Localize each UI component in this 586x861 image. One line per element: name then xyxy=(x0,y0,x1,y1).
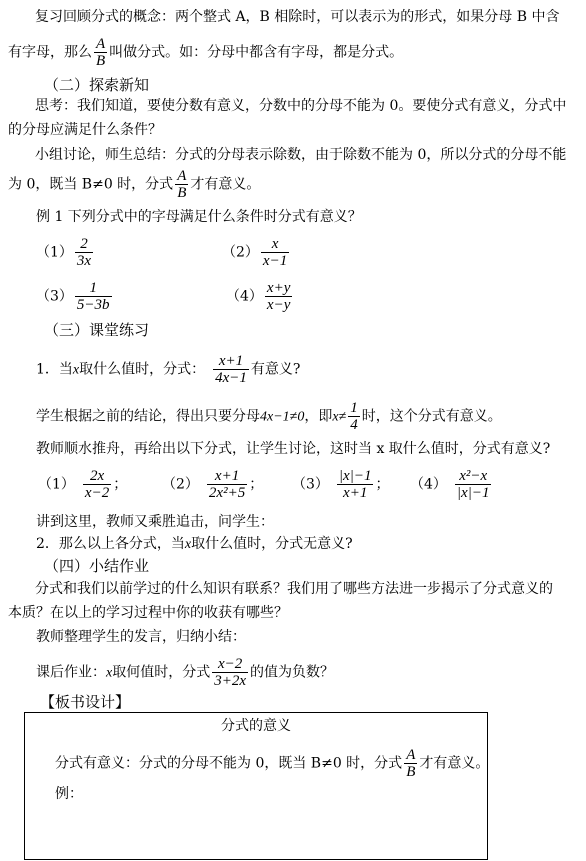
fraction: |x|−1x+1 xyxy=(337,468,374,501)
numerator: x+1 xyxy=(213,353,249,369)
label: （1） xyxy=(36,245,73,261)
denominator: |x|−1 xyxy=(455,484,492,501)
numerator: x²−x xyxy=(455,468,492,484)
fraction-a-over-b: AB xyxy=(175,168,188,201)
example-2: （2）xx−1 xyxy=(222,236,291,269)
denominator: 2x²+5 xyxy=(207,484,247,501)
practice-question-1: 1．当x取什么值时，分式：x+14x−1有意义? xyxy=(36,353,300,386)
denominator: 4 xyxy=(348,416,360,433)
text: 1．当 xyxy=(36,362,73,378)
practice-item-1: （1）2xx−2； xyxy=(38,468,127,501)
section-heading-practice: （三）课堂练习 xyxy=(44,321,149,339)
practice-question-2: 2．那么以上各分式，当x取什么值时，分式无意义? xyxy=(36,535,353,554)
text: 学生根据之前的结论，得出只要分母 xyxy=(36,409,260,425)
numerator: 1 xyxy=(75,280,112,296)
text: 才有意义。 xyxy=(419,756,489,772)
practice-item-3: （3）|x|−1x+1； xyxy=(292,468,389,501)
numerator: x xyxy=(261,236,289,252)
summary-paragraph-1: 分式和我们以前学过的什么知识有联系？我们用了哪些方法进一步揭示了分式意义的 xyxy=(35,580,553,598)
label: （3） xyxy=(292,477,329,493)
fraction: 2xx−2 xyxy=(83,468,111,501)
text: 时，这个分式有意义。 xyxy=(362,409,502,425)
fraction: 15−3b xyxy=(75,280,112,313)
denominator: B xyxy=(404,763,417,780)
fraction: x²−x|x|−1 xyxy=(455,468,492,501)
section-heading-explore: （二）探索新知 xyxy=(44,76,149,94)
numerator: x+y xyxy=(265,280,292,296)
fraction: 14 xyxy=(348,400,360,433)
fraction-a-over-b: AB xyxy=(94,36,107,69)
denominator: 5−3b xyxy=(75,296,112,313)
text: 叫做分式。如：分母中都含有字母，都是分式。 xyxy=(109,45,403,61)
expr: x≠ xyxy=(332,410,346,425)
review-line-2: 有字母，那么AB叫做分式。如：分母中都含有字母，都是分式。 xyxy=(8,36,403,69)
text: 2．那么以上各分式，当 xyxy=(36,536,185,552)
teacher-followup: 讲到这里，教师又乘胜追击，问学生： xyxy=(36,513,274,531)
label: （2） xyxy=(222,245,259,261)
example-4: （4）x+yx−y xyxy=(226,280,294,313)
text: 分式有意义：分式的分母不能为 0，既当 B≠0 时，分式 xyxy=(55,756,402,772)
label: （3） xyxy=(36,289,73,305)
teacher-prompt: 教师顺水推舟，再给出以下分式，让学生讨论，这时当 x 取什么值时，分式有意义? xyxy=(36,440,550,458)
label: （4） xyxy=(410,477,447,493)
sep: ； xyxy=(375,477,389,493)
numerator: x+1 xyxy=(207,468,247,484)
review-line-1: 复习回顾分式的概念：两个整式 A，B 相除时，可以表示为的形式，如果分母 B 中… xyxy=(35,8,560,26)
fraction: xx−1 xyxy=(261,236,289,269)
denominator: 3x xyxy=(75,252,93,269)
numerator: |x|−1 xyxy=(337,468,374,484)
label: （2） xyxy=(162,477,199,493)
summary-line-1: 小组讨论，师生总结：分式的分母表示除数，由于除数不能为 0，所以分式的分母不能 xyxy=(35,146,566,164)
board-example: 例： xyxy=(55,785,83,803)
text: 取什么值时，分式： xyxy=(79,362,205,378)
board-design-box: 分式的意义 分式有意义：分式的分母不能为 0，既当 B≠0 时，分式AB才有意义… xyxy=(24,712,488,860)
text: ，即 xyxy=(304,409,332,425)
example-title: 例 1 下列分式中的字母满足什么条件时分式有意义？ xyxy=(36,208,362,226)
board-title: 分式的意义 xyxy=(25,717,487,735)
example-1: （1）23x xyxy=(36,236,95,269)
numerator: 1 xyxy=(348,400,360,416)
denominator: x−2 xyxy=(83,484,111,501)
fraction: x+yx−y xyxy=(265,280,292,313)
text: 为 0，既当 B≠0 时，分式 xyxy=(8,177,173,193)
denominator: x−1 xyxy=(261,252,289,269)
denominator: B xyxy=(175,184,188,201)
board-design-heading: 【板书设计】 xyxy=(40,693,130,711)
label: （4） xyxy=(226,289,263,305)
summary-paragraph-2: 本质？在以上的学习过程中你的收获有哪些？ xyxy=(8,604,288,622)
expr: 4x−1≠0 xyxy=(260,410,304,425)
summary-line-2: 为 0，既当 B≠0 时，分式AB才有意义。 xyxy=(8,168,260,201)
text: 课后作业： xyxy=(36,665,106,681)
sep: ； xyxy=(249,477,263,493)
text: 才有意义。 xyxy=(190,177,260,193)
text: 取什么值时，分式无意义? xyxy=(191,536,353,552)
denominator: B xyxy=(94,52,107,69)
text: 有字母，那么 xyxy=(8,45,92,61)
fraction: 23x xyxy=(75,236,93,269)
denominator: x−y xyxy=(265,296,292,313)
fraction-a-over-b: AB xyxy=(404,747,417,780)
text: 有意义? xyxy=(251,362,301,378)
numerator: A xyxy=(175,168,188,184)
fraction: x+14x−1 xyxy=(213,353,249,386)
numerator: 2 xyxy=(75,236,93,252)
numerator: x−2 xyxy=(212,656,248,672)
numerator: A xyxy=(404,747,417,763)
think-line-1: 思考：我们知道，要使分数有意义，分数中的分母不能为 0。要使分式有意义，分式中 xyxy=(35,97,566,115)
summary-paragraph-3: 教师整理学生的发言，归纳小结： xyxy=(36,628,246,646)
section-heading-summary: （四）小结作业 xyxy=(44,557,149,575)
denominator: 4x−1 xyxy=(213,369,249,386)
homework: 课后作业：x取何值时，分式x−23+2x的值为负数？ xyxy=(36,656,334,689)
denominator: x+1 xyxy=(337,484,374,501)
example-3: （3）15−3b xyxy=(36,280,114,313)
label: （1） xyxy=(38,477,75,493)
text: 取何值时，分式 xyxy=(112,665,210,681)
practice-item-2: （2）x+12x²+5； xyxy=(162,468,263,501)
text: 的值为负数？ xyxy=(250,665,334,681)
student-answer: 学生根据之前的结论，得出只要分母4x−1≠0，即x≠14时，这个分式有意义。 xyxy=(36,400,502,433)
think-line-2: 的分母应满足什么条件？ xyxy=(8,121,162,139)
fraction: x−23+2x xyxy=(212,656,248,689)
denominator: 3+2x xyxy=(212,672,248,689)
sep: ； xyxy=(113,477,127,493)
fraction: x+12x²+5 xyxy=(207,468,247,501)
numerator: 2x xyxy=(83,468,111,484)
practice-item-4: （4）x²−x|x|−1 xyxy=(410,468,493,501)
numerator: A xyxy=(94,36,107,52)
board-rule: 分式有意义：分式的分母不能为 0，既当 B≠0 时，分式AB才有意义。 xyxy=(55,747,489,780)
